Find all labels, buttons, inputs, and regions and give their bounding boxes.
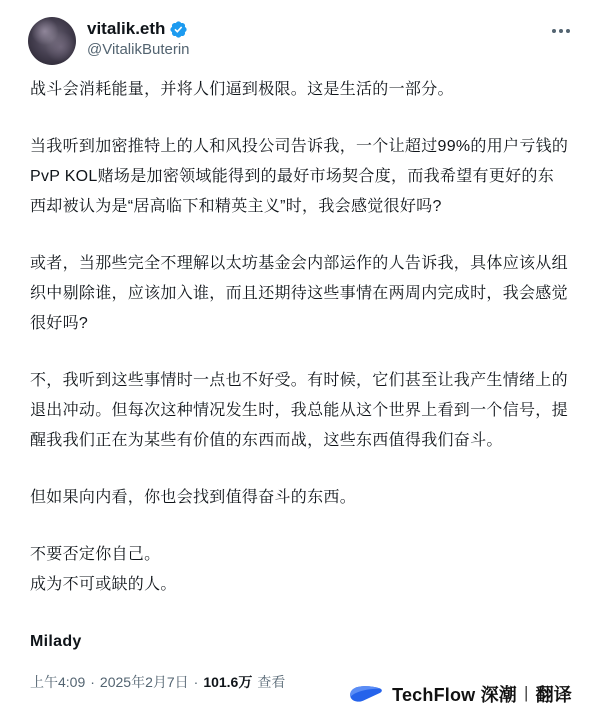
more-dot <box>552 29 556 33</box>
tweet-card: vitalik.eth @VitalikButerin 战斗会消耗能量，并将人们… <box>0 0 600 722</box>
tweet-signature: Milady <box>30 627 570 657</box>
tweet-header: vitalik.eth @VitalikButerin <box>0 0 600 65</box>
tweet-paragraph: 不，我听到这些事情时一点也不好受。有时候，它们甚至让我产生情绪上的退出冲动。但每… <box>30 366 570 456</box>
views-label: 查看 <box>257 673 285 691</box>
views-count: 101.6万 <box>203 673 252 691</box>
verified-badge-icon <box>169 20 188 39</box>
more-dot <box>559 29 563 33</box>
tweet-paragraph: 或者，当那些完全不理解以太坊基金会内部运作的人告诉我，具体应该从组织中剔除谁，应… <box>30 249 570 339</box>
tweet-paragraph: 战斗会消耗能量，并将人们逼到极限。这是生活的一部分。 <box>30 75 570 105</box>
display-name[interactable]: vitalik.eth <box>87 18 165 40</box>
tweet-date: 2025年2月7日 <box>100 673 189 691</box>
translate-label: 翻译 <box>536 681 572 707</box>
techflow-logo-icon <box>349 683 383 706</box>
watermark: TechFlow 深潮 | 翻译 <box>349 681 572 707</box>
meta-separator: · <box>90 673 95 691</box>
avatar[interactable] <box>28 17 76 65</box>
meta-separator: · <box>194 673 199 691</box>
tweet-paragraph: 但如果向内看，你也会找到值得奋斗的东西。 <box>30 483 570 513</box>
brand-name: TechFlow 深潮 <box>392 681 517 707</box>
more-menu-button[interactable] <box>552 17 570 33</box>
views-link[interactable]: 101.6万 查看 <box>203 673 285 691</box>
tweet-body: 战斗会消耗能量，并将人们逼到极限。这是生活的一部分。 当我听到加密推特上的人和风… <box>0 65 600 657</box>
more-dot <box>566 29 570 33</box>
author-block: vitalik.eth @VitalikButerin <box>87 17 190 60</box>
tweet-paragraph: 不要否定你自己。 成为不可或缺的人。 <box>30 540 570 600</box>
brand-divider: | <box>524 683 529 703</box>
tweet-time: 上午4:09 <box>30 673 85 691</box>
user-handle[interactable]: @VitalikButerin <box>87 40 190 60</box>
tweet-paragraph: 当我听到加密推特上的人和风投公司告诉我，一个让超过99%的用户亏钱的PvP KO… <box>30 132 570 222</box>
